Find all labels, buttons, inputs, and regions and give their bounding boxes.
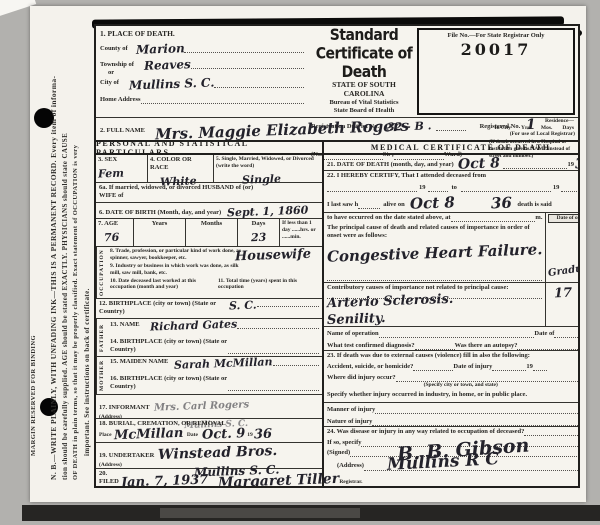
margin-note-binding: MARGIN RESERVED FOR BINDING [30,126,37,456]
undertaker-value: Winstead Bros. [158,444,278,462]
date-of-death-year: 36 [575,157,580,172]
date-of-death-year-prefix: 19 [567,161,574,169]
alive-on-label: alive on [383,201,405,209]
age-years-label: Years [136,220,183,228]
place-of-death-block: 1. PLACE OF DEATH. County of Marion Town… [96,26,308,117]
margin-note-line2: tion should be carefully supplied. AGE s… [61,30,69,480]
race-label: 4. COLOR OR RACE [150,156,211,172]
full-name-value: Mrs. Maggie Elizabeth Rogers [155,119,410,144]
age-label: 7. AGE [98,220,131,228]
blank-line [415,343,455,350]
principal-cause-value: Congestive Heart Failure. [327,243,543,266]
birthplace-label: 12. BIRTHPLACE (city or town) (State or … [99,300,229,316]
mother-side-label: MOTHER [96,357,107,394]
occurred-label: to have occurred on the date stated abov… [327,214,451,222]
date-of-onset-column: Date of onset Gradual [545,213,580,282]
date-of-death-label: 21. DATE OF DEATH (month, day, and year) [327,161,454,169]
undertaker-label: 19. UNDERTAKER [99,452,154,459]
filed-row: 20. FILED Jan. 7, 1937 Margaret Tiller R… [96,469,322,487]
margin-note-line4: important. See instructions on back of c… [83,126,91,456]
address-label: (Address) [337,462,364,470]
onset-contributory-cell: 17 [545,283,580,326]
city-label: City of [100,79,119,87]
residence-label: Residence— [494,118,574,125]
burial-place-value: McMillan [113,427,183,442]
dob-row: 6. DATE OF BIRTH (Month, day, and year) … [96,203,322,219]
dob-label: 6. DATE OF BIRTH (Month, day, and year) [99,209,221,217]
sex-value: Fem [98,168,124,180]
father-block: FATHER 13. NAME Richard Gates 14. BIRTHP… [96,319,322,357]
scanned-death-certificate: MARGIN RESERVED FOR BINDING N. B.—WRITE … [0,0,600,525]
blank-line [214,81,304,88]
contributory-label: Contributory causes of importance not re… [327,284,542,292]
certificate-title: Standard Certificate of Death [311,26,417,81]
date-of-death-row: 21. DATE OF DEATH (month, day, and year)… [324,155,580,171]
board-line: State Board of Health [311,107,417,115]
township-label: Township of [100,61,134,69]
if-so-label: If so, specify [327,439,361,447]
mos-label: Mos. [541,125,552,132]
file-number: 20017 [425,40,567,59]
marital-label: 5. Single, Married, Widowed, or Divorced… [216,156,320,170]
county-label: County of [100,45,128,53]
age-days-label: Days [240,220,277,228]
external-causes-label: 23. If death was due to external causes … [327,352,580,360]
blank-line [191,62,304,69]
certify-line1: 22. I HEREBY CERTIFY, That I attended de… [327,172,580,180]
burial-date-value: Oct. 9 [202,427,246,442]
medical-certificate-column: MEDICAL CERTIFICATE OF DEATH 21. DATE OF… [324,142,580,488]
blank-line [451,215,536,222]
filed-date-value: Jan. 7, 1937 [121,473,209,488]
blank-line [237,322,319,329]
scan-bottom-edge-highlight [160,508,360,518]
date-of-onset-header: Date of onset [548,214,580,223]
file-box-label: File No.—For State Registrar Only [425,32,567,40]
husband-wife-row: 6a. If married, widowed, or divorced HUS… [96,183,322,203]
burial-row: 18. BURIAL, CREMATION, OR REMOVAL Place … [96,419,322,443]
blank-line [428,185,448,192]
principal-cause-label: The principal cause of death and related… [327,224,542,240]
age-months-label: Months [188,220,235,228]
blank-line [327,274,542,281]
occupation-side-label: OCCUPATION [96,247,107,298]
blank-line [358,202,380,209]
blank-line [503,162,567,169]
manner-nature-block: Manner of injury Nature of injury [324,403,580,427]
personal-particulars-column: PERSONAL AND STATISTICAL PARTICULARS 3. … [96,142,324,488]
personal-section-title: PERSONAL AND STATISTICAL PARTICULARS [96,142,322,155]
blank-line [524,429,580,436]
test-label: What test confirmed diagnosis? [327,342,415,350]
operation-block: Name of operation Date of What test conf… [324,327,580,351]
blank-line [517,343,580,350]
blank-line [375,407,580,414]
father-birthplace-label: 14. BIRTHPLACE (city or town) (State or … [110,338,228,354]
blank-line [461,185,551,192]
blank-line [273,359,319,366]
state-line: STATE OF SOUTH CAROLINA [311,80,417,99]
medical-section-title: MEDICAL CERTIFICATE OF DEATH [324,142,580,155]
nature-label: Nature of injury [327,418,372,426]
md-label: M. D. [579,449,580,457]
occupation-block: OCCUPATION 8. Trade, profession, or part… [96,247,322,299]
mother-birthplace-label: 16. BIRTHPLACE (city or town) (State or … [110,375,228,391]
certify-19b: 19 [553,184,560,192]
blank-line [257,300,319,307]
full-name-row: 2. FULL NAME Mrs. Maggie Elizabeth Roger… [96,118,578,142]
last-saw-year: 36 [490,196,511,212]
registrar-signature: Margaret Tiller [218,472,340,488]
husband-wife-label: 6a. If married, widowed, or divorced HUS… [99,184,259,200]
blank-line [413,364,453,371]
maiden-name-label: 15. MAIDEN NAME [110,358,168,366]
signed-label: (Signed) [327,449,350,457]
physician-address-value: Mullins R C [387,451,500,474]
occupation-relation-label: 24. Was disease or injury in any way rel… [327,428,524,436]
age-days-value: 23 [251,232,267,244]
bureau-line: Bureau of Vital Statistics [311,99,417,107]
occupation-relation-block: 24. Was disease or injury in any way rel… [324,427,580,483]
certify-block: 22. I HEREBY CERTIFY, That I attended de… [324,171,580,213]
dob-value: Sept. 1, 1860 [227,205,309,219]
specify-where-label: Specify whether injury occurred in indus… [327,391,580,399]
blank-line [141,97,304,104]
age-years-value: 76 [104,232,120,244]
father-name-label: 13. NAME [110,321,140,329]
blank-line [184,46,304,53]
city-value: Mullins S. C. [129,76,215,91]
blank-line [533,364,547,371]
death-said-label: death is said [517,201,551,209]
informant-label: 17. INFORMANT [99,404,150,411]
mother-block: MOTHER 15. MAIDEN NAME Sarah McMillan 16… [96,357,322,395]
blank-line [327,185,417,192]
manner-label: Manner of injury [327,406,375,414]
where-injury-label: Where did injury occur? [327,374,396,382]
sex-race-marital-row: 3. SEX Fem 4. COLOR OR RACE White 5. Sin… [96,155,322,183]
contributory-value-2: Senility. [327,312,386,327]
burial-year-value: 36 [254,428,273,442]
date-of-label: Date of [534,330,554,338]
sex-label: 3. SEX [98,156,145,164]
certify-to: to [452,184,457,192]
industry-label: 9. Industry or business in which work wa… [110,263,250,277]
township-value: Reaves [144,59,191,73]
principal-cause-block: to have occurred on the date stated abov… [324,213,580,283]
filed-label: 20. FILED [99,470,119,486]
blank-line [492,364,526,371]
top-section: 1. PLACE OF DEATH. County of Marion Town… [96,26,578,118]
certificate-page: MARGIN RESERVED FOR BINDING N. B.—WRITE … [30,6,586,502]
informant-value: Mrs. Carl Rogers [153,400,248,413]
father-name-value: Richard Gates [149,318,237,332]
trade-label: 8. Trade, profession, or particular kind… [110,248,250,262]
county-value: Marion [135,43,184,57]
undertaker-row: 19. UNDERTAKER (Address) Winstead Bros. … [96,443,322,469]
accident-label: Accident, suicide, or homicide? [327,363,413,371]
maiden-name-value: Sarah McMillan [174,356,273,370]
total-time-label: 11. Total time (years) spent in this occ… [218,278,319,292]
informant-row: 17. INFORMANT (Address) Mrs. Carl Rogers… [96,395,322,419]
age-row: 7. AGE 76 Years Months Days 23 [96,219,322,247]
file-number-box: File No.—For State Registrar Only 20017 [417,28,575,115]
last-worked-label: 10. Date deceased last worked at this oc… [110,278,218,292]
home-address-label: Home Address [100,96,141,104]
place-of-death-heading: 1. PLACE OF DEATH. [100,29,304,38]
autopsy-label: Was there an autopsy? [455,342,518,350]
onset-contributory-value: 17 [554,287,573,301]
onset-principal-value: Gradual [548,263,580,279]
last-saw-value: Oct 8 [410,195,455,212]
in-city-label: In City [494,125,511,132]
blank-line [372,419,580,426]
margin-note-line1: N. B.—WRITE PLAINLY, WITH UNFADING INK—T… [49,30,58,480]
burial-year-prefix: 19 [247,432,253,439]
date-injury-label: Date of injury [453,363,492,371]
yrs-label: Yrs. [521,125,531,132]
full-name-label: 2. FULL NAME [100,127,145,139]
father-side-label: FATHER [96,319,107,356]
certify-19a: 19 [419,184,426,192]
undertaker-address-label: (Address) [99,462,154,469]
external-causes-block: 23. If death was due to external causes … [324,351,580,403]
specify-city-note: (Specify city or town, and state) [327,382,580,389]
age-less-than-label: If less than 1 day ......hrs. or ......m… [282,220,320,241]
contributory-value-1: Arterio Sclerosis. [327,293,454,310]
birthplace-value: S. C. [229,300,257,312]
days-label: Days [562,125,574,132]
header-block: Standard Certificate of Death STATE OF S… [308,26,578,117]
trade-value: Housewife [235,248,311,264]
burial-date-label: Date [187,432,198,439]
m-label: m. [535,214,542,222]
certificate-form: 1. PLACE OF DEATH. County of Marion Town… [94,24,580,488]
blank-line [228,347,319,354]
burial-place-label: Place [99,432,112,439]
contributory-block: Contributory causes of importance not re… [324,283,580,327]
blank-line [379,331,535,338]
birthplace-row: 12. BIRTHPLACE (city or town) (State or … [96,299,322,319]
operation-label: Name of operation [327,330,379,338]
blank-line [228,384,319,391]
blank-line [561,185,577,192]
date-of-death-value: Oct 8 [457,156,499,171]
blank-line [554,331,580,338]
margin-note-line3: OF DEATH in plain terms, so that it may … [72,30,79,480]
last-saw-label: I last saw h [327,201,358,209]
